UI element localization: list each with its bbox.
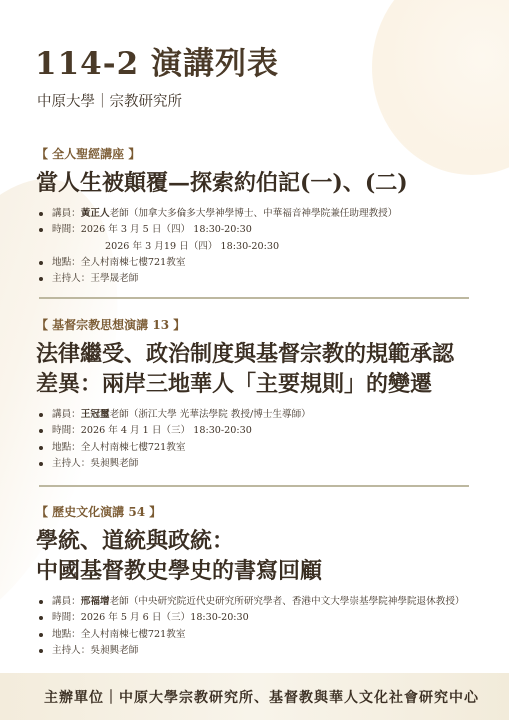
lecture-title-line: 差異：兩岸三地華人「主要規則」的變遷 (36, 369, 476, 399)
location-item: 地點：全人村南棟七樓721教室 (36, 255, 476, 271)
lecture-section-1: 【 全人聖經講座 】 當人生被顛覆—探索約伯記(一)、(二) 講員：黃正人老師（… (36, 145, 476, 287)
bullet-icon (39, 228, 43, 232)
speaker-name: 邢福增 (81, 596, 110, 607)
host-item: 主持人：吳昶興老師 (36, 643, 476, 659)
bullet-icon (39, 600, 43, 604)
speaker-item: 講員：邢福增老師（中央研究院近代史研究所研究學者、香港中文大學崇基學院神學院退休… (36, 594, 476, 610)
lecture-section-2: 【 基督宗教思想演講 13 】 法律繼受、政治制度與基督宗教的規範承認 差異：兩… (36, 316, 476, 472)
location-item: 地點：全人村南棟七樓721教室 (36, 627, 476, 643)
speaker-name: 黃正人 (81, 208, 110, 219)
lecture-title-line: 法律繼受、政治制度與基督宗教的規範承認 (36, 339, 476, 369)
bullet-icon (39, 649, 43, 653)
time-item: 時間：2026 年 3 月 5 日（四） 18:30-20:30 (36, 222, 476, 238)
lecture-details: 講員：黃正人老師（加拿大多倫多大學神學博士、中華福音神學院兼任助理教授） 時間：… (36, 206, 476, 287)
bullet-icon (39, 261, 43, 265)
bullet-icon (39, 616, 43, 620)
lecture-title-line: 中國基督教史學史的書寫回顧 (36, 556, 476, 586)
poster: 114-2 演講列表 中原大學｜宗教研究所 【 全人聖經講座 】 當人生被顛覆—… (0, 0, 509, 720)
lecture-title: 學統、道統與政統： 中國基督教史學史的書寫回顧 (36, 526, 476, 586)
page-subtitle: 中原大學｜宗教研究所 (37, 90, 182, 111)
host-item: 主持人：吳昶興老師 (36, 456, 476, 472)
organizer-text: 主辦單位｜中原大學宗教研究所、基督教與華人文化社會研究中心 (44, 687, 479, 707)
bullet-icon (39, 446, 43, 450)
lecture-title-line: 學統、道統與政統： (36, 526, 476, 556)
time-item: 時間：2026 年 5 月 6 日（三）18:30-20:30 (36, 610, 476, 626)
bullet-icon (39, 429, 43, 433)
time-item: 時間：2026 年 4 月 1 日（三） 18:30-20:30 (36, 423, 476, 439)
location-item: 地點：全人村南棟七樓721教室 (36, 440, 476, 456)
lecture-series-tag: 【 基督宗教思想演講 13 】 (36, 316, 476, 333)
bullet-icon (39, 462, 43, 466)
section-divider (39, 297, 469, 299)
lecture-details: 講員：邢福增老師（中央研究院近代史研究所研究學者、香港中文大學崇基學院神學院退休… (36, 594, 476, 659)
lecture-section-3: 【 歷史文化演講 54 】 學統、道統與政統： 中國基督教史學史的書寫回顧 講員… (36, 503, 476, 659)
speaker-item: 講員：黃正人老師（加拿大多倫多大學神學博士、中華福音神學院兼任助理教授） (36, 206, 476, 222)
lecture-series-tag: 【 歷史文化演講 54 】 (36, 503, 476, 520)
lecture-details: 講員：王冠璽老師（浙江大學 光華法學院 教授/博士生導師） 時間：2026 年 … (36, 407, 476, 472)
speaker-name: 王冠璽 (81, 409, 110, 420)
bullet-icon (39, 277, 43, 281)
speaker-item: 講員：王冠璽老師（浙江大學 光華法學院 教授/博士生導師） (36, 407, 476, 423)
bullet-icon (39, 413, 43, 417)
time-item-continued: 2026 年 3 月19 日（四） 18:30-20:30 (36, 239, 476, 255)
bullet-icon (39, 633, 43, 637)
lecture-title-line: 當人生被顛覆—探索約伯記(一)、(二) (36, 168, 476, 198)
section-divider (39, 485, 469, 487)
bullet-icon (39, 212, 43, 216)
lecture-title: 當人生被顛覆—探索約伯記(一)、(二) (36, 168, 476, 198)
footer-band: 主辦單位｜中原大學宗教研究所、基督教與華人文化社會研究中心 (0, 673, 509, 720)
lecture-title: 法律繼受、政治制度與基督宗教的規範承認 差異：兩岸三地華人「主要規則」的變遷 (36, 339, 476, 399)
page-title: 114-2 演講列表 (35, 38, 279, 83)
host-item: 主持人：王學晟老師 (36, 271, 476, 287)
lecture-series-tag: 【 全人聖經講座 】 (36, 145, 476, 162)
